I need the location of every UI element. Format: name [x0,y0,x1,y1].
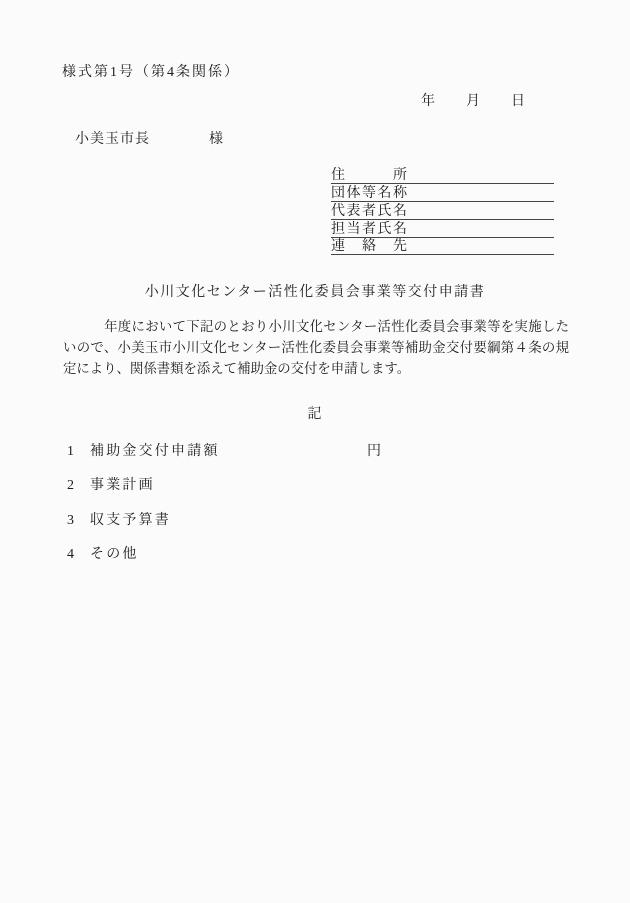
field-label-representative: 代表者氏名 [331,204,407,219]
field-label-contact-info: 連 絡 先 [331,239,407,254]
honorific-sama: 様 [209,131,223,148]
addressee-row: 小美玉市長 様 [0,131,630,149]
items-list: 1 補助金交付申請額 円 2 事業計画 3 収支予算書 4 その他 [67,443,567,581]
document-title: 小川文化センター活性化委員会事業等交付申請書 [0,284,630,301]
field-row-organization: 団体等名称 [331,184,554,202]
form-number: 様式第1号（第4条関係） [62,64,240,81]
field-label-address: 住 所 [331,168,407,183]
field-label-organization: 団体等名称 [331,186,407,201]
item-number: 2 [67,477,74,494]
date-line: 年 月 日 [421,93,526,110]
item-text: 補助金交付申請額 [90,443,220,460]
field-row-contact-person: 担当者氏名 [331,220,554,238]
list-item: 4 その他 [67,546,567,563]
field-row-address: 住 所 [331,166,554,184]
field-label-contact-person: 担当者氏名 [331,222,407,237]
item-text: その他 [90,546,139,563]
item-unit-yen: 円 [367,443,381,460]
list-item: 1 補助金交付申請額 円 [67,443,567,460]
addressee-name: 小美玉市長 [75,131,150,148]
item-number: 1 [67,443,74,460]
body-paragraph: 年度において下記のとおり小川文化センター活性化委員会事業等を実施したいので、小美… [63,316,569,379]
field-row-contact-info: 連 絡 先 [331,238,554,256]
list-item: 2 事業計画 [67,477,567,494]
list-header-ki: 記 [0,406,630,423]
document-page: { "doc": { "form_number": "様式第1号（第4条関係）"… [0,0,630,903]
field-row-representative: 代表者氏名 [331,202,554,220]
item-number: 4 [67,546,74,563]
recipient-fields-block: 住 所 団体等名称 代表者氏名 担当者氏名 連 絡 先 [331,166,554,255]
item-number: 3 [67,512,74,529]
list-item: 3 収支予算書 [67,512,567,529]
item-text: 事業計画 [90,477,155,494]
item-text: 収支予算書 [90,512,171,529]
